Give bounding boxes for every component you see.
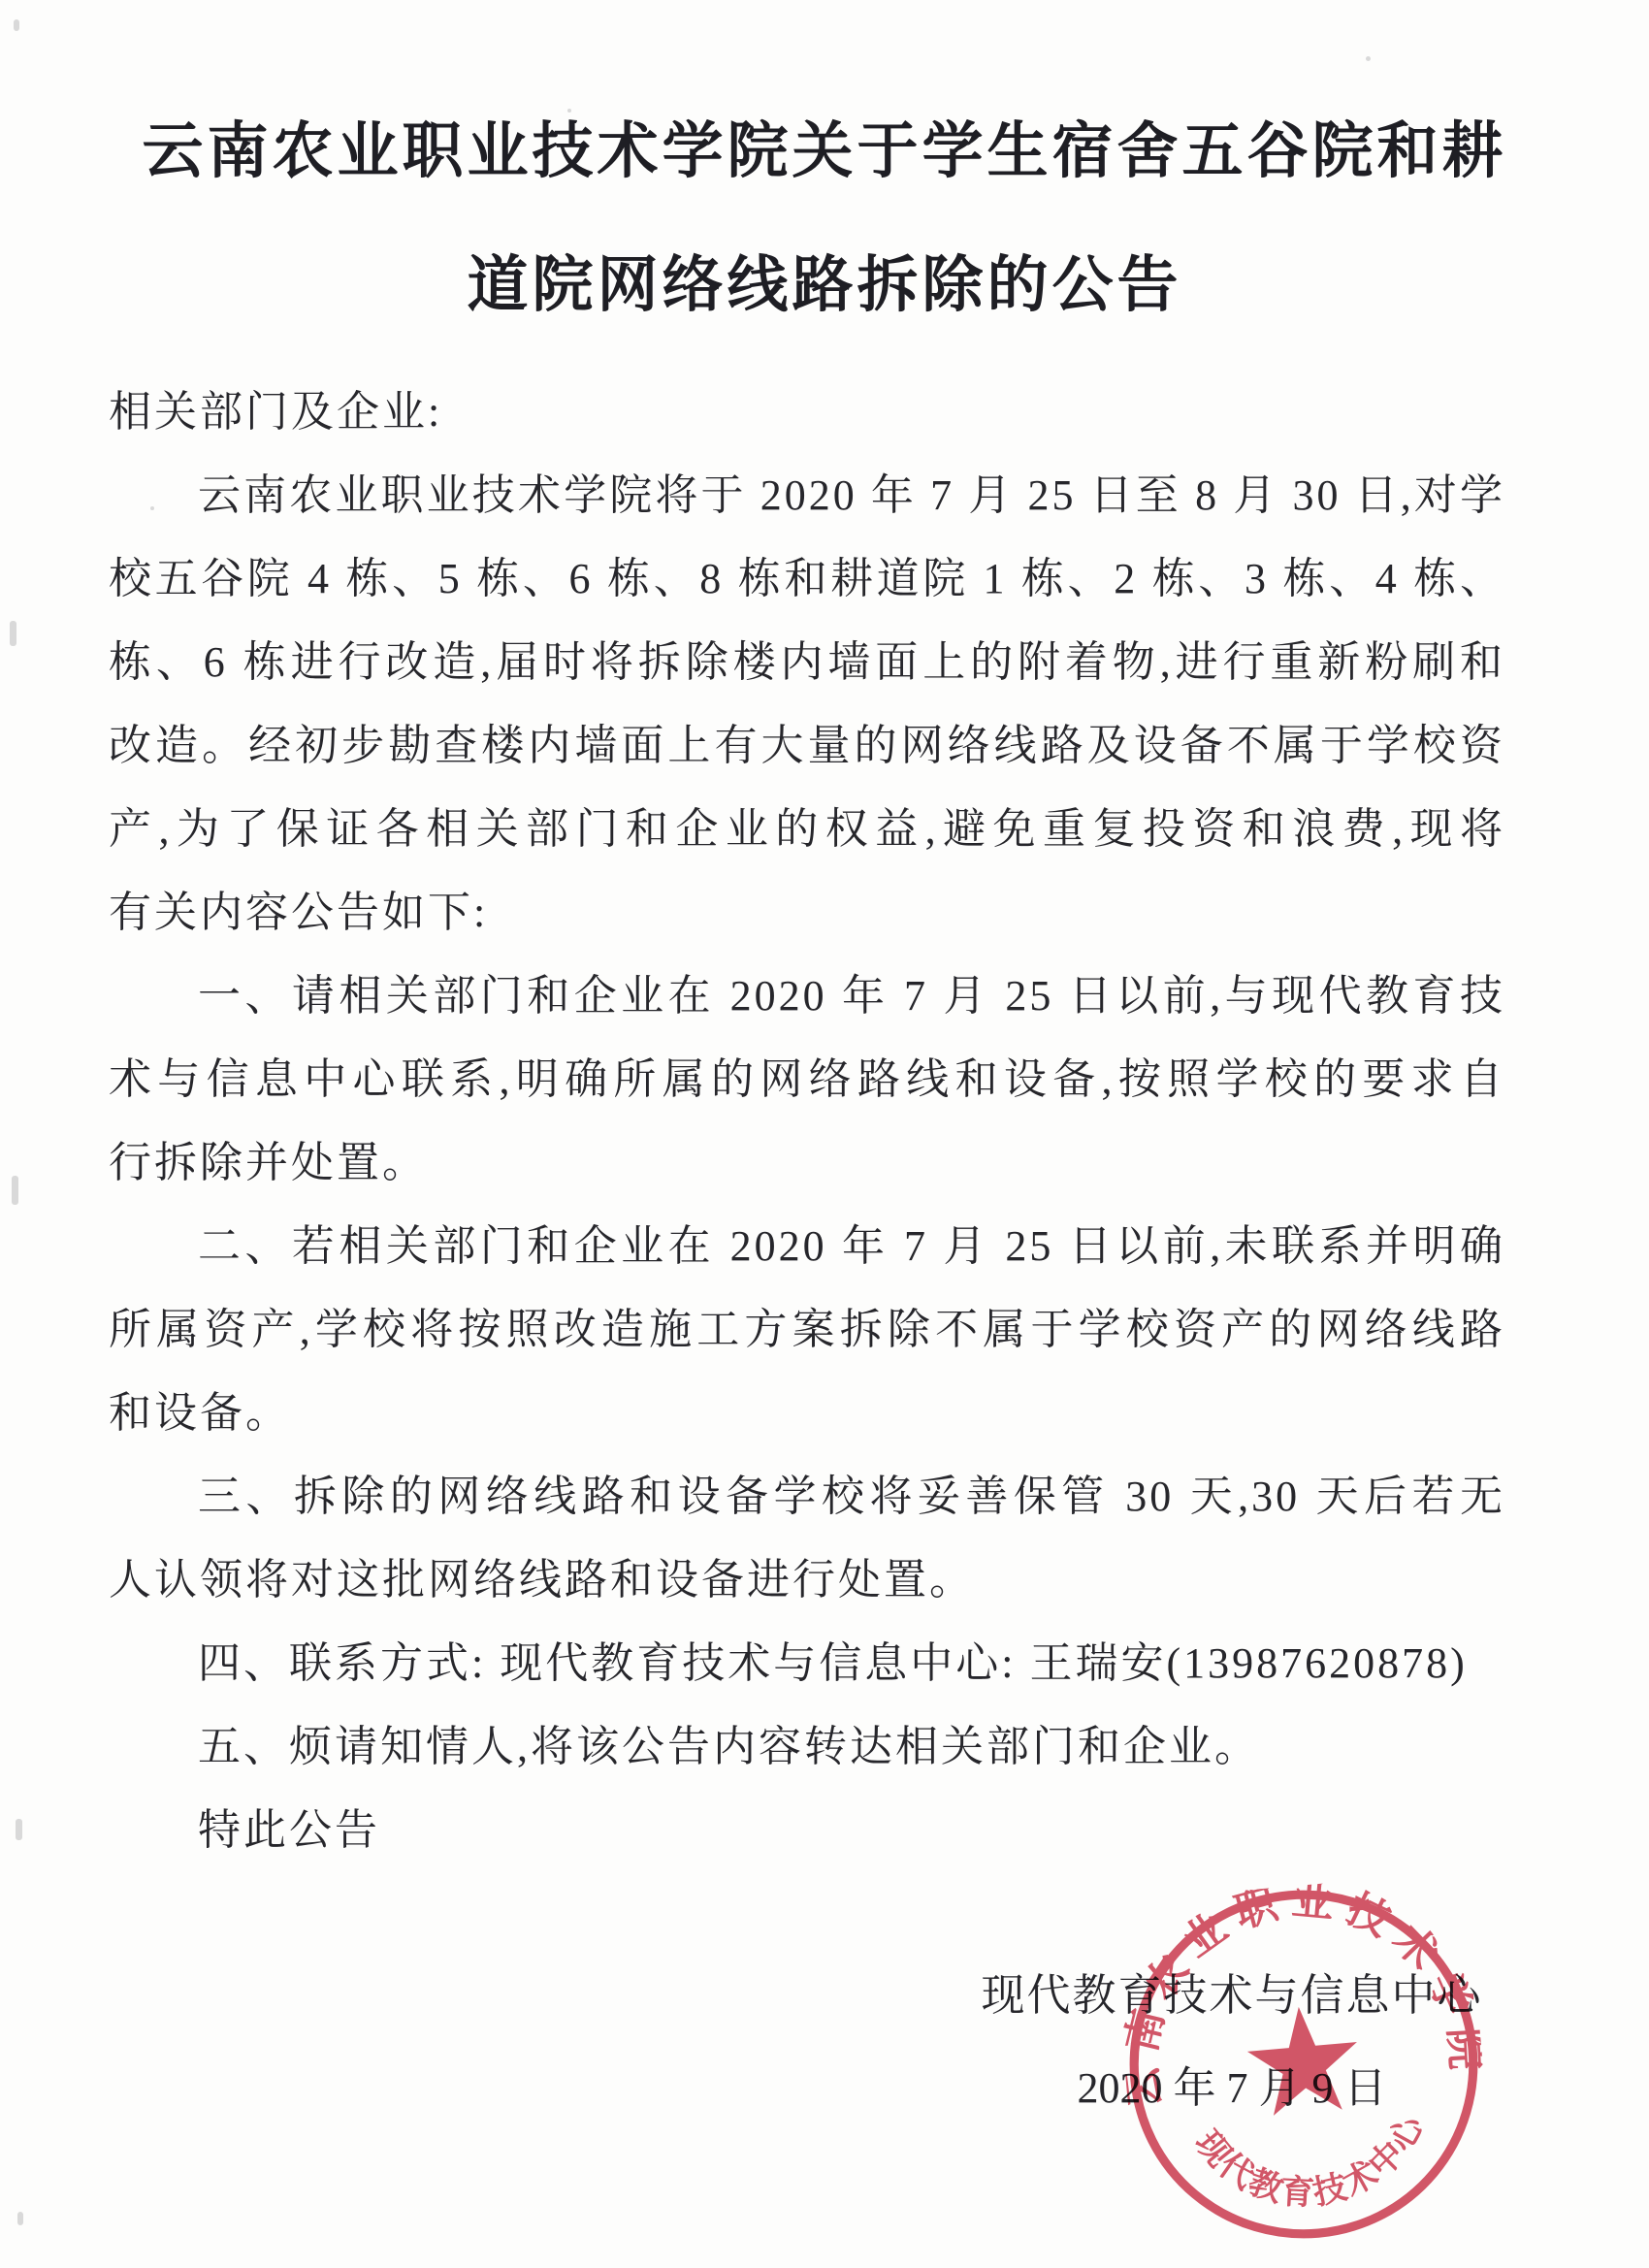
body-line: 五、烦请知情人,将该公告内容转达相关部门和企业。	[109, 1705, 1505, 1789]
scan-artifact	[17, 2212, 23, 2225]
notice-title-line1: 云南农业职业技术学院关于学生宿舍五谷院和耕	[0, 116, 1649, 186]
body-line: 特此公告	[109, 1789, 1505, 1872]
body-line: 和设备。	[109, 1372, 1505, 1455]
body-line: 一、请相关部门和企业在 2020 年 7 月 25 日以前,与现代教育技	[109, 955, 1505, 1038]
scan-artifact	[567, 109, 571, 113]
scan-artifact	[14, 19, 19, 31]
body-line: 所属资产,学校将按照改造施工方案拆除不属于学校资产的网络线路	[109, 1288, 1505, 1372]
official-seal: 云南农业职业技术学院 现代教育技术中心	[1111, 1871, 1498, 2258]
body-line: 二、若相关部门和企业在 2020 年 7 月 25 日以前,未联系并明确	[109, 1205, 1505, 1288]
scanned-notice-page: 云南农业职业技术学院关于学生宿舍五谷院和耕 道院网络线路拆除的公告 相关部门及企…	[0, 0, 1649, 2268]
body-line: 栋、6 栋进行改造,届时将拆除楼内墙面上的附着物,进行重新粉刷和	[109, 621, 1505, 704]
scan-artifact	[16, 1819, 22, 1840]
body-line: 四、联系方式: 现代教育技术与信息中心: 王瑞安(13987620878)	[109, 1622, 1505, 1705]
body-line: 云南农业职业技术学院将于 2020 年 7 月 25 日至 8 月 30 日,对…	[109, 454, 1505, 537]
notice-title-line2: 道院网络线路拆除的公告	[0, 250, 1649, 320]
notice-title: 云南农业职业技术学院关于学生宿舍五谷院和耕 道院网络线路拆除的公告	[0, 116, 1649, 320]
body-line: 校五谷院 4 栋、5 栋、6 栋、8 栋和耕道院 1 栋、2 栋、3 栋、4 栋…	[109, 537, 1505, 621]
body-line: 产,为了保证各相关部门和企业的权益,避免重复投资和浪费,现将	[109, 788, 1505, 871]
notice-body: 相关部门及企业:云南农业职业技术学院将于 2020 年 7 月 25 日至 8 …	[109, 371, 1505, 1872]
star-icon	[1244, 2002, 1363, 2118]
body-line: 有关内容公告如下:	[109, 871, 1505, 955]
scan-artifact	[1366, 56, 1371, 61]
body-line: 三、拆除的网络线路和设备学校将妥善保管 30 天,30 天后若无	[109, 1455, 1505, 1539]
scan-artifact	[10, 621, 16, 646]
body-line: 术与信息中心联系,明确所属的网络路线和设备,按照学校的要求自	[109, 1038, 1505, 1121]
body-line: 相关部门及企业:	[109, 371, 1505, 454]
scan-artifact	[12, 1176, 18, 1205]
body-line: 改造。经初步勘查楼内墙面上有大量的网络线路及设备不属于学校资	[109, 704, 1505, 788]
body-line: 人认领将对这批网络线路和设备进行处置。	[109, 1539, 1505, 1622]
body-line: 行拆除并处置。	[109, 1121, 1505, 1205]
